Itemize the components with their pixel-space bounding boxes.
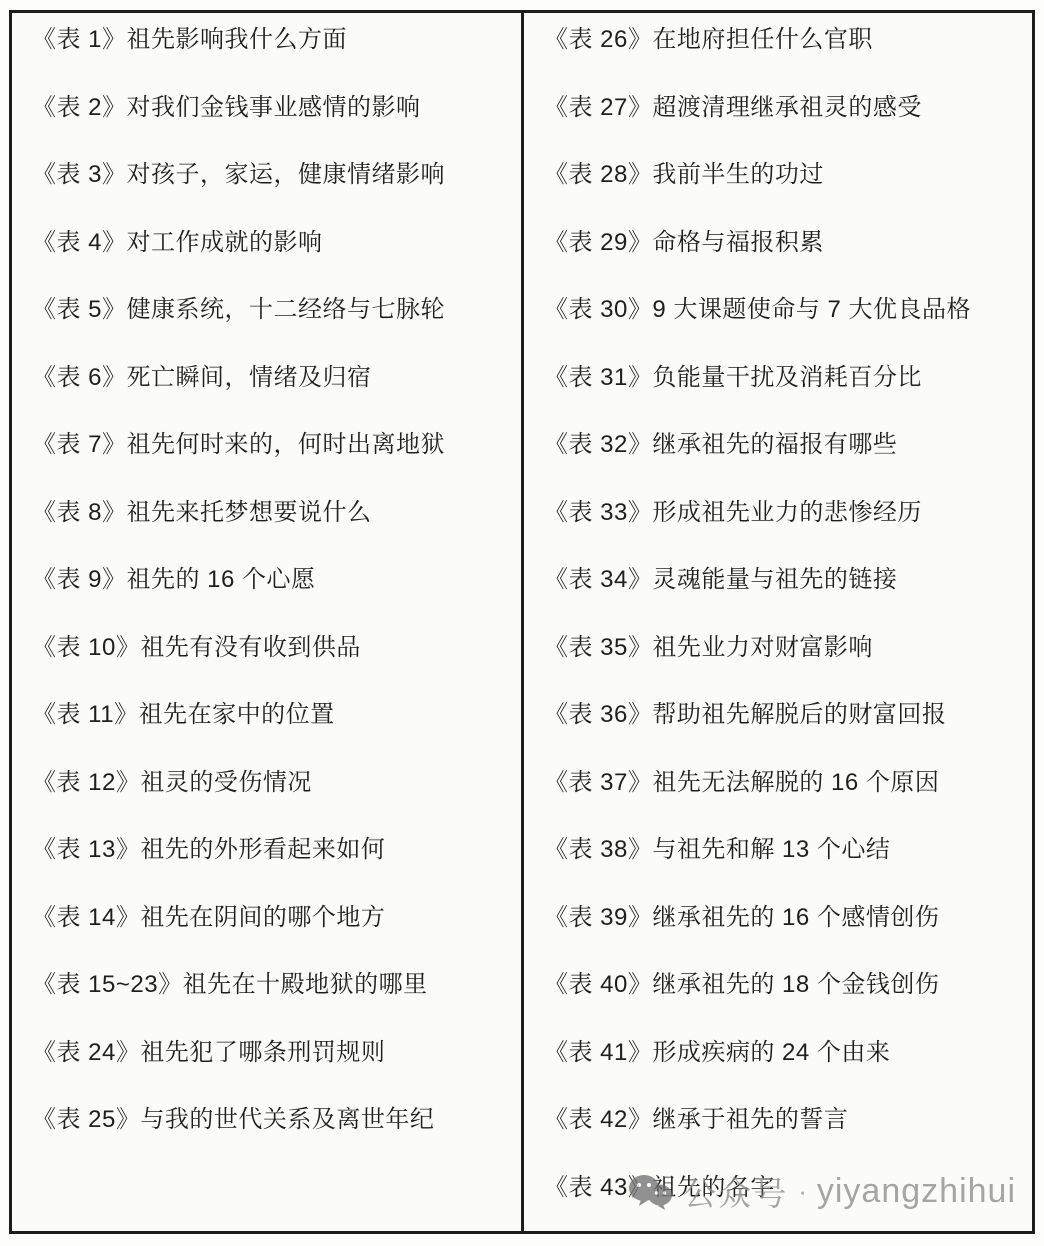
left-column: 《表 1》祖先影响我什么方面《表 2》对我们金钱事业感情的影响《表 3》对孩子，… bbox=[12, 13, 521, 1231]
toc-item: 《表 41》形成疾病的 24 个由来 bbox=[544, 1016, 1026, 1084]
toc-item: 《表 3》对孩子，家运，健康情绪影响 bbox=[32, 138, 515, 206]
toc-item: 《表 32》继承祖先的福报有哪些 bbox=[544, 408, 1026, 476]
toc-item: 《表 36》帮助祖先解脱后的财富回报 bbox=[544, 678, 1026, 746]
toc-item: 《表 39》继承祖先的 16 个感情创伤 bbox=[544, 881, 1026, 949]
toc-item: 《表 27》超渡清理继承祖灵的感受 bbox=[544, 71, 1026, 139]
toc-item: 《表 12》祖灵的受伤情况 bbox=[32, 746, 515, 814]
toc-item: 《表 15~23》祖先在十殿地狱的哪里 bbox=[32, 948, 515, 1016]
toc-item: 《表 13》祖先的外形看起来如何 bbox=[32, 813, 515, 881]
toc-item: 《表 11》祖先在家中的位置 bbox=[32, 678, 515, 746]
toc-item: 《表 42》继承于祖先的誓言 bbox=[544, 1083, 1026, 1151]
document-page: 《表 1》祖先影响我什么方面《表 2》对我们金钱事业感情的影响《表 3》对孩子，… bbox=[0, 0, 1044, 1246]
toc-item: 《表 5》健康系统，十二经络与七脉轮 bbox=[32, 273, 515, 341]
toc-item: 《表 9》祖先的 16 个心愿 bbox=[32, 543, 515, 611]
toc-item: 《表 38》与祖先和解 13 个心结 bbox=[544, 813, 1026, 881]
toc-item: 《表 29》命格与福报积累 bbox=[544, 206, 1026, 274]
toc-item: 《表 35》祖先业力对财富影响 bbox=[544, 611, 1026, 679]
toc-item: 《表 40》继承祖先的 18 个金钱创伤 bbox=[544, 948, 1026, 1016]
toc-item: 《表 34》灵魂能量与祖先的链接 bbox=[544, 543, 1026, 611]
toc-item: 《表 2》对我们金钱事业感情的影响 bbox=[32, 71, 515, 139]
toc-item: 《表 26》在地府担任什么官职 bbox=[544, 3, 1026, 71]
toc-item: 《表 4》对工作成就的影响 bbox=[32, 206, 515, 274]
table-of-contents-frame: 《表 1》祖先影响我什么方面《表 2》对我们金钱事业感情的影响《表 3》对孩子，… bbox=[9, 10, 1035, 1234]
toc-item: 《表 1》祖先影响我什么方面 bbox=[32, 3, 515, 71]
toc-item: 《表 25》与我的世代关系及离世年纪 bbox=[32, 1083, 515, 1151]
toc-item: 《表 24》祖先犯了哪条刑罚规则 bbox=[32, 1016, 515, 1084]
toc-list-left: 《表 1》祖先影响我什么方面《表 2》对我们金钱事业感情的影响《表 3》对孩子，… bbox=[12, 3, 521, 1151]
toc-item: 《表 10》祖先有没有收到供品 bbox=[32, 611, 515, 679]
toc-item: 《表 6》死亡瞬间，情绪及归宿 bbox=[32, 341, 515, 409]
toc-item: 《表 28》我前半生的功过 bbox=[544, 138, 1026, 206]
toc-item: 《表 8》祖先来托梦想要说什么 bbox=[32, 476, 515, 544]
toc-item: 《表 7》祖先何时来的，何时出离地狱 bbox=[32, 408, 515, 476]
right-column: 《表 26》在地府担任什么官职《表 27》超渡清理继承祖灵的感受《表 28》我前… bbox=[524, 13, 1032, 1231]
toc-item: 《表 37》祖先无法解脱的 16 个原因 bbox=[544, 746, 1026, 814]
toc-item: 《表 30》9 大课题使命与 7 大优良品格 bbox=[544, 273, 1026, 341]
toc-item: 《表 43》祖先的名字 bbox=[544, 1151, 1026, 1219]
toc-list-right: 《表 26》在地府担任什么官职《表 27》超渡清理继承祖灵的感受《表 28》我前… bbox=[524, 3, 1032, 1218]
toc-item: 《表 31》负能量干扰及消耗百分比 bbox=[544, 341, 1026, 409]
toc-item: 《表 14》祖先在阴间的哪个地方 bbox=[32, 881, 515, 949]
toc-item: 《表 33》形成祖先业力的悲惨经历 bbox=[544, 476, 1026, 544]
